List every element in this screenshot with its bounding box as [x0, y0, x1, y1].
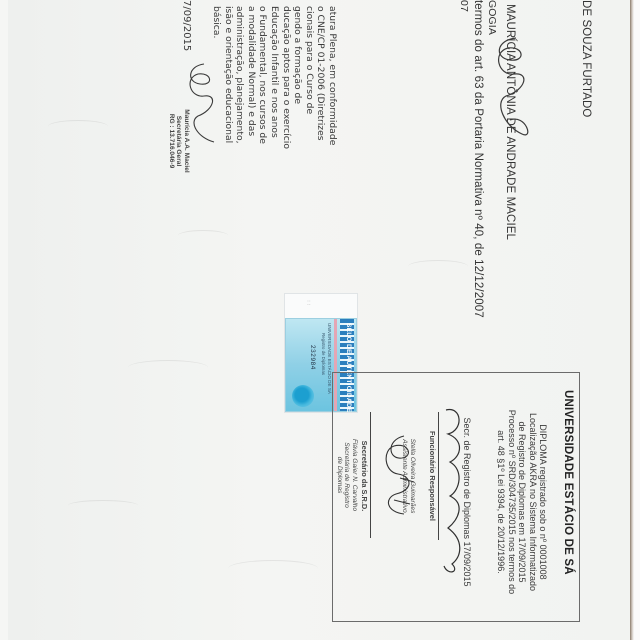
habilitation-date: 7/09/2015	[180, 0, 192, 51]
holder-name-fragment: DE SOUZA FURTADO	[580, 0, 592, 117]
stamp-line: Localização AKRA no Sistema Informatizad…	[527, 392, 537, 612]
stamp-institution: UNIVERSIDADE ESTÁCIO DE SÁ	[562, 390, 574, 575]
legal-basis: termos do art. 63 da Portaria Normativa …	[472, 0, 484, 318]
signature-official	[436, 400, 470, 580]
signatory-rg: RG : 13.716.046-9	[167, 106, 175, 176]
stamp-line: de Registro de Diplomas em 17/09/2015	[517, 392, 527, 612]
stamp-line: Processo nº SRD/304735/2015 nos termos d…	[506, 392, 516, 612]
seal-dots: ⁚⁚	[307, 300, 311, 307]
habilitation-line: ducação aptos para o exercício	[280, 6, 292, 336]
habilitation-line: o Fundamental, nos cursos de	[257, 6, 269, 336]
secretary-title: Secretário da S.R.D.	[360, 416, 368, 536]
signature-srd-secretary	[374, 430, 422, 520]
habilitation-line: administração, planejamento,	[234, 6, 246, 336]
habilitation-line: o CNE/CP 01-2006 (Diretrizes	[315, 6, 327, 336]
stamp-registration-text: DIPLOMA registrado sob o nº 0001008 Loca…	[496, 392, 548, 612]
seal-serial: 232984	[309, 345, 316, 370]
year-fragment: 07	[458, 0, 470, 12]
seal-emblem-icon	[292, 385, 314, 407]
paper-edge	[630, 0, 640, 640]
seal-subtitle: Registro de Diplomas	[321, 333, 326, 375]
signature-secretary-bottom	[178, 58, 228, 148]
habilitation-line: básica.	[210, 6, 222, 336]
secretary-stamp-role: Secretária de Registro	[343, 420, 351, 530]
habilitation-line: Educação Infantil e nos anos	[268, 6, 280, 336]
secretary-stamp-extra: de Diplomas	[335, 420, 343, 530]
habilitation-line: a modalidade Normal) e das	[245, 6, 257, 336]
habilitation-line: gendo a formação de	[292, 6, 304, 336]
official-title: Funcionário Responsável	[428, 414, 436, 538]
stamp-line: art. 48 §1º Lei 9394, de 20/12/1996.	[496, 392, 506, 612]
habilitation-line: atura Plena, em conformidade	[326, 6, 338, 336]
secretary-stamp-name: Flávia Gaier N. Carvalho	[350, 420, 358, 530]
secretary-signature-line	[370, 412, 371, 538]
habilitation-line: isão e orientação educacional	[222, 6, 234, 336]
secretary-stamp: Flávia Gaier N. Carvalho Secretária de R…	[335, 420, 358, 530]
signature-secretary-top	[486, 30, 536, 150]
official-signature-line	[438, 412, 439, 540]
habilitation-line: cionais para o Curso de	[303, 6, 315, 336]
habilitation-text: atura Plena, em conformidade o CNE/CP 01…	[210, 6, 338, 336]
stamp-line: DIPLOMA registrado sob o nº 0001008	[538, 392, 548, 612]
